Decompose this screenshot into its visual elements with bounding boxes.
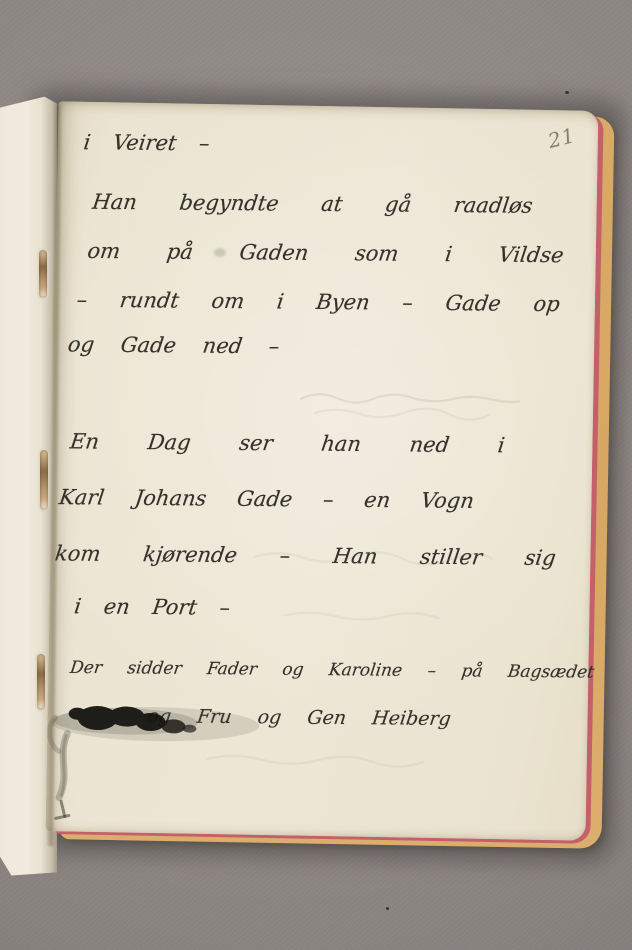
ink-drip-mark: [56, 801, 69, 818]
handwritten-line: Der sidder Fader og Karoline – på Bagsæd…: [69, 658, 595, 683]
binding-stitch: [40, 450, 48, 510]
handwritten-line: Han begyndte at gå raadløs: [91, 190, 534, 218]
handwritten-line: om på Gaden som i Vildse: [86, 239, 565, 267]
binding-stitch: [39, 250, 47, 298]
handwritten-line: kom kjørende – Han stiller sig: [54, 541, 558, 569]
manuscript-page: i Veiret – Han begyndte at gå raadløs om…: [46, 101, 599, 840]
handwritten-line: Karl Johans Gade – en Vogn: [58, 485, 476, 513]
dust-speck: [565, 91, 569, 94]
handwritten-line: En Dag ser han ned i: [69, 429, 507, 457]
handwritten-line: i Veiret –: [82, 130, 211, 155]
handwritten-line: og Gade ned –: [67, 332, 282, 358]
binding-stitch: [37, 654, 45, 710]
handwritten-line: – rundt om i Byen – Gade op: [75, 288, 561, 316]
photograph-of-manuscript-page: i Veiret – Han begyndte at gå raadløs om…: [0, 0, 632, 950]
handwritten-line: i en Port –: [73, 594, 232, 619]
handwritten-line: og Fru og Gen Heiberg: [146, 705, 452, 730]
dust-speck: [386, 907, 389, 910]
